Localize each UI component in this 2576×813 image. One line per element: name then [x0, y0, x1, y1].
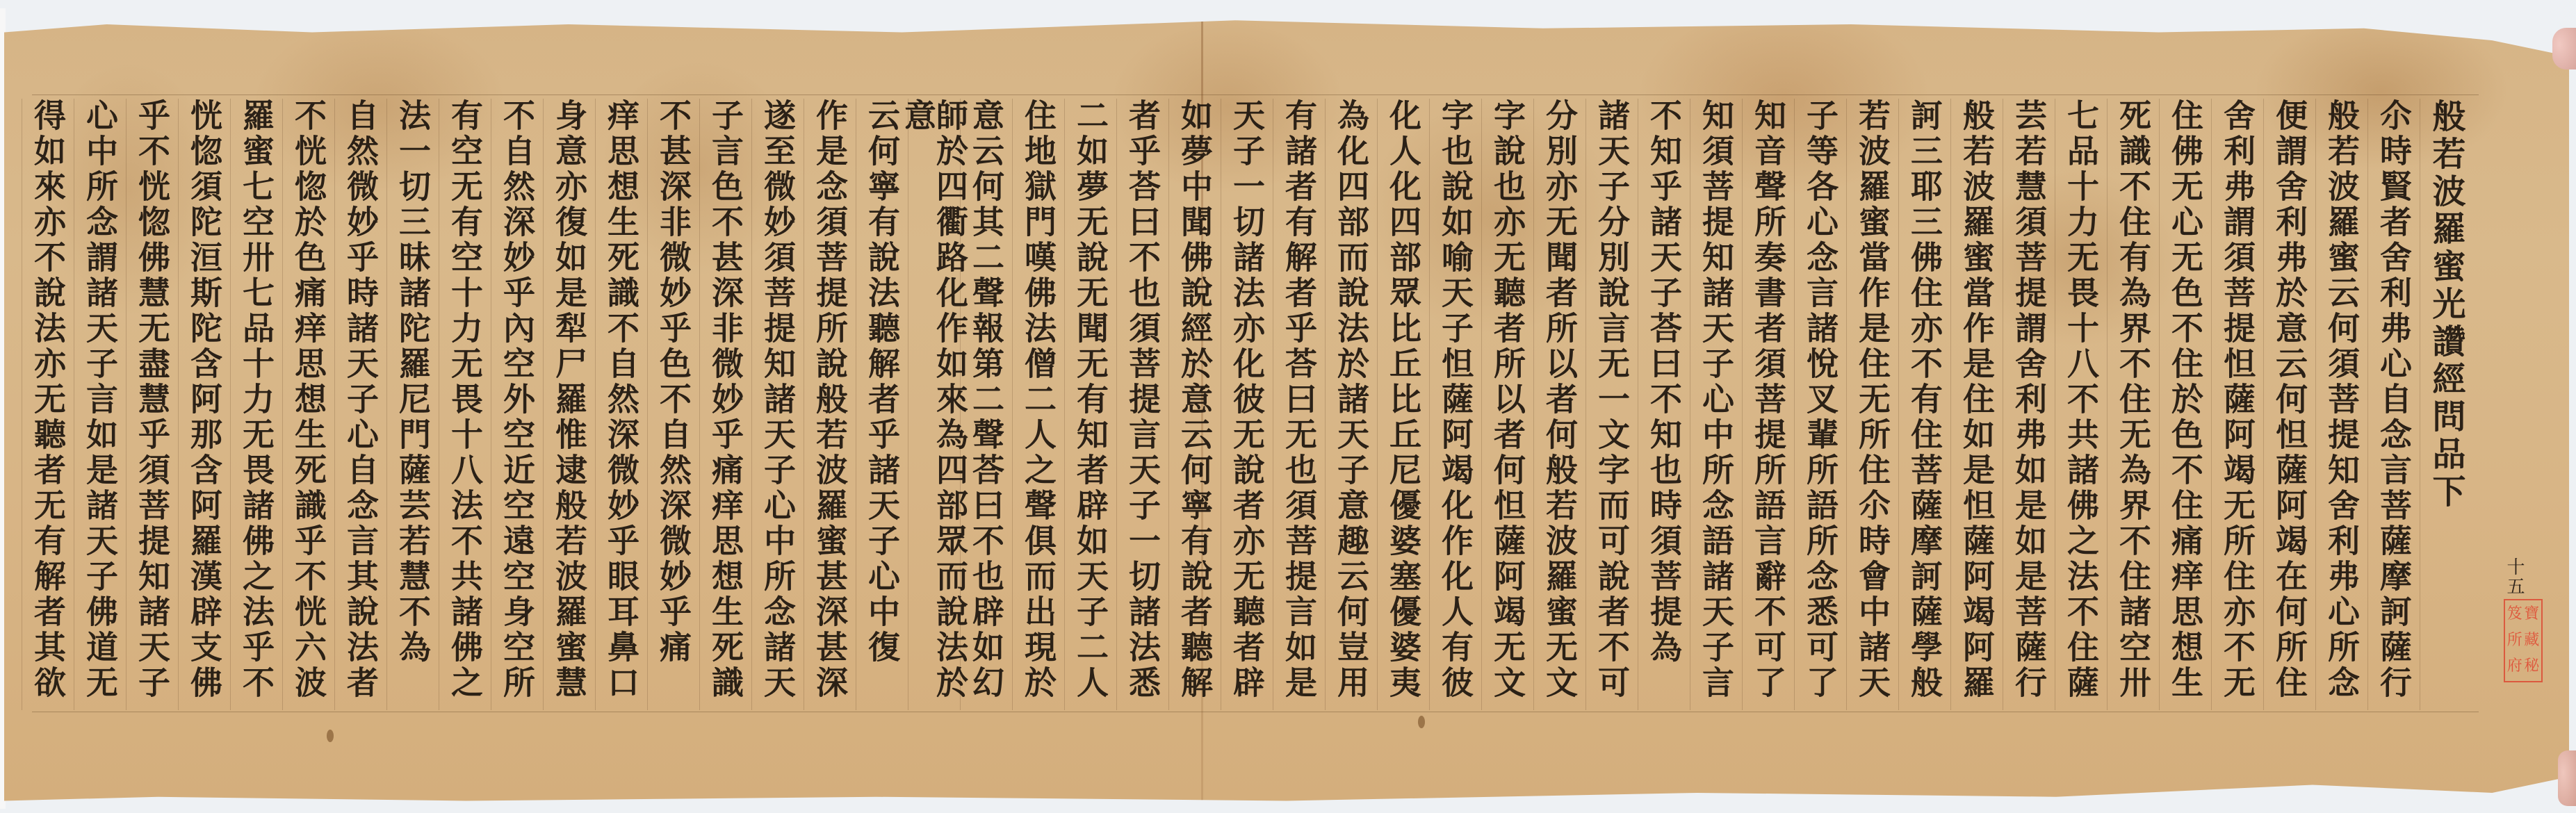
text-column: 訶三耶三佛住亦不有住菩薩摩訶薩學般 [1898, 99, 1950, 710]
folio-number: 十五 [2502, 557, 2527, 596]
text-column: 云何寧有說法聽解者乎諸天子心中復 [856, 99, 908, 710]
column-text: 諸天子分別說言无一文字而可說者不可 [1596, 99, 1628, 710]
ink-spot [327, 730, 334, 742]
red-collector-seal: 寶 笈 藏 所 秘 府 [2504, 599, 2543, 682]
column-text: 遂至微妙須菩提知諸天子心中所念諸天 [762, 99, 794, 710]
text-column: 羅蜜七空卅七品十力无畏諸佛之法乎不 [230, 99, 282, 710]
column-text: 死識不住有為界不住无為界不住諸空卅 [2117, 99, 2149, 710]
text-column: 尒時賢者舍利弗心自念言菩薩摩訶薩行 [2367, 99, 2420, 710]
text-column: 分別亦无聞者所以者何般若波羅蜜无文 [1533, 99, 1585, 710]
text-column: 有空无有空十力无畏十八法不共諸佛之 [439, 99, 491, 710]
text-column: 乎不恍惚佛慧无盡慧乎須菩提知諸天子 [126, 99, 178, 710]
text-column: 身意亦復如是犁尸羅惟逮般若波羅蜜慧 [543, 99, 595, 710]
text-column: 便謂舍利弗於意云何怛薩阿竭在何所住 [2263, 99, 2315, 710]
column-text: 得如來亦不說法亦无聽者无有解者其欲 [32, 99, 64, 710]
text-column: 知音聲所奏書者須菩提所語言辭不可了 [1742, 99, 1794, 710]
seal-char: 笈 [2506, 602, 2523, 627]
seal-char: 寶 [2524, 602, 2541, 627]
column-text: 般若波羅蜜云何須菩提知舍利弗心所念 [2326, 99, 2358, 710]
text-column: 天子一切諸法亦化彼无說者亦无聽者辟 [1221, 99, 1273, 710]
column-text: 七品十力无畏十八不共諸佛之法不住薩 [2065, 99, 2097, 710]
text-column: 般若波羅蜜當作是住如是怛薩阿竭阿羅 [1950, 99, 2003, 710]
column-text: 知音聲所奏書者須菩提所語言辭不可了 [1752, 99, 1784, 710]
column-text: 如夢中聞佛說經於意云何寧有說者聽解 [1179, 99, 1211, 710]
column-text: 子言色不甚深非微妙乎痛痒思想生死識 [710, 99, 742, 710]
text-column: 不自然深妙乎內空外空近空遠空身空所 [491, 99, 543, 710]
text-column: 得如來亦不說法亦无聽者无有解者其欲 [22, 99, 74, 710]
column-text: 芸若慧須菩提謂舍利弗如是如是菩薩行 [2013, 99, 2045, 710]
text-column: 若波羅蜜當作是住无所住尒時會中諸天 [1846, 99, 1898, 710]
text-column: 七品十力无畏十八不共諸佛之法不住薩 [2055, 99, 2107, 710]
manuscript-scroll: 般若波羅蜜光讚經問品下 尒時賢者舍利弗心自念言菩薩摩訶薩行 般若波羅蜜云何須菩提… [4, 8, 2569, 809]
text-column: 為化四部而說法於諸天子意趣云何豈用 [1325, 99, 1377, 710]
ruled-line-bottom [32, 712, 2479, 712]
column-text: 師於四衢路化作如來為四部眾而說法於意 [902, 99, 966, 710]
column-text: 云何寧有說法聽解者乎諸天子心中復 [866, 99, 898, 710]
text-column: 痒思想生死識不自然深微妙乎眼耳鼻口 [595, 99, 647, 710]
text-column: 二如夢无說无聞无有知者辟如天子二人 [1064, 99, 1116, 710]
column-text: 便謂舍利弗於意云何怛薩阿竭在何所住 [2274, 99, 2306, 710]
column-text: 二如夢无說无聞无有知者辟如天子二人 [1075, 99, 1107, 710]
holding-finger [2552, 28, 2576, 69]
text-column: 子言色不甚深非微妙乎痛痒思想生死識 [699, 99, 751, 710]
text-column: 如夢中聞佛說經於意云何寧有說者聽解 [1168, 99, 1221, 710]
ruled-line-top [32, 95, 2479, 95]
ink-spot [1418, 716, 1425, 728]
text-column: 法一切三昧諸陀羅尼門薩芸若慧不為 [386, 99, 439, 710]
column-text: 意云何其二聲報第二聲荅曰不也辟如幻 [970, 99, 1002, 710]
sutra-title-column: 般若波羅蜜光讚經問品下 [2420, 99, 2472, 710]
column-text: 乎不恍惚佛慧无盡慧乎須菩提知諸天子 [136, 99, 168, 710]
column-text: 為化四部而說法於諸天子意趣云何豈用 [1335, 99, 1367, 710]
text-column: 知須菩提知諸天子心中所念語諸天子言 [1690, 99, 1742, 710]
text-column: 作是念須菩提所說般若波羅蜜甚深甚深 [804, 99, 856, 710]
column-text: 子等各心念言諸悅叉輩所語所念悉可了 [1804, 99, 1836, 710]
column-text: 有空无有空十力无畏十八法不共諸佛之 [449, 99, 481, 710]
column-text: 住佛无心无色不住於色不住痛痒思想生 [2169, 99, 2201, 710]
text-column: 師於四衢路化作如來為四部眾而說法於意 [908, 99, 960, 710]
column-text: 身意亦復如是犁尸羅惟逮般若波羅蜜慧 [553, 99, 585, 710]
column-text: 分別亦无聞者所以者何般若波羅蜜无文 [1544, 99, 1576, 710]
column-text: 住地獄門嘆佛法僧二人之聲俱而出現於 [1022, 99, 1054, 710]
column-text: 不自然深妙乎內空外空近空遠空身空所 [501, 99, 533, 710]
seal-char: 所 [2506, 628, 2523, 654]
seal-char: 秘 [2524, 654, 2541, 680]
text-column: 不知乎諸天子荅曰不知也時須菩提為 [1638, 99, 1690, 710]
text-column: 不甚深非微妙乎色不自然深微妙乎痛 [647, 99, 699, 710]
column-text: 舍利弗謂須菩提怛薩阿竭无所住亦不无 [2222, 99, 2253, 710]
text-column: 化人化四部眾比丘比丘尼優婆塞優婆夷 [1377, 99, 1429, 710]
text-column: 不恍惚於色痛痒思想生死識乎不恍六波 [282, 99, 334, 710]
column-text: 化人化四部眾比丘比丘尼優婆塞優婆夷 [1387, 99, 1419, 710]
seal-char: 藏 [2524, 628, 2541, 654]
column-text: 法一切三昧諸陀羅尼門薩芸若慧不為 [397, 99, 429, 710]
text-column: 自然微妙乎時諸天子心自念言其說法者 [334, 99, 386, 710]
column-text: 心中所念謂諸天子言如是諸天子佛道无 [84, 99, 116, 710]
holding-finger [2558, 750, 2576, 806]
column-text: 者乎荅曰不也須菩提言天子一切諸法悉 [1127, 99, 1159, 710]
text-column: 子等各心念言諸悅叉輩所語所念悉可了 [1794, 99, 1846, 710]
text-column: 住佛无心无色不住於色不住痛痒思想生 [2159, 99, 2211, 710]
text-column: 住地獄門嘆佛法僧二人之聲俱而出現於 [1012, 99, 1064, 710]
text-column: 遂至微妙須菩提知諸天子心中所念諸天 [751, 99, 804, 710]
column-text: 羅蜜七空卅七品十力无畏諸佛之法乎不 [241, 99, 272, 710]
text-column: 般若波羅蜜云何須菩提知舍利弗心所念 [2315, 99, 2367, 710]
scroll-viewer: 般若波羅蜜光讚經問品下 尒時賢者舍利弗心自念言菩薩摩訶薩行 般若波羅蜜云何須菩提… [0, 0, 2576, 813]
text-column: 死識不住有為界不住无為界不住諸空卅 [2107, 99, 2159, 710]
column-text: 痒思想生死識不自然深微妙乎眼耳鼻口 [605, 99, 637, 710]
column-text: 自然微妙乎時諸天子心自念言其說法者 [345, 99, 377, 710]
column-text: 若波羅蜜當作是住无所住尒時會中諸天 [1857, 99, 1889, 710]
text-column: 芸若慧須菩提謂舍利弗如是如是菩薩行 [2003, 99, 2055, 710]
column-text: 不恍惚於色痛痒思想生死識乎不恍六波 [293, 99, 325, 710]
column-text: 知須菩提知諸天子心中所念語諸天子言 [1700, 99, 1732, 710]
column-text: 尒時賢者舍利弗心自念言菩薩摩訶薩行 [2378, 99, 2410, 710]
text-column: 恍惚須陀洹斯陀含阿那含阿羅漢辟支佛 [178, 99, 230, 710]
text-column: 者乎荅曰不也須菩提言天子一切諸法悉 [1116, 99, 1168, 710]
column-text: 字也說如喻天子怛薩阿竭化作化人有彼 [1440, 99, 1472, 710]
column-text: 有諸者有解者乎荅曰无也須菩提言如是 [1283, 99, 1315, 710]
text-column: 舍利弗謂須菩提怛薩阿竭无所住亦不无 [2211, 99, 2263, 710]
column-text: 般若波羅蜜當作是住如是怛薩阿竭阿羅 [1961, 99, 1993, 710]
sutra-title: 般若波羅蜜光讚經問品下 [2429, 99, 2463, 710]
text-columns: 般若波羅蜜光讚經問品下 尒時賢者舍利弗心自念言菩薩摩訶薩行 般若波羅蜜云何須菩提… [22, 99, 2472, 710]
seal-char: 府 [2506, 654, 2523, 680]
column-text: 不知乎諸天子荅曰不知也時須菩提為 [1648, 99, 1680, 710]
text-column: 字說也亦无聽者所以者何怛薩阿竭无文 [1481, 99, 1533, 710]
text-column: 字也說如喻天子怛薩阿竭化作化人有彼 [1429, 99, 1481, 710]
column-text: 訶三耶三佛住亦不有住菩薩摩訶薩學般 [1909, 99, 1941, 710]
column-text: 恍惚須陀洹斯陀含阿那含阿羅漢辟支佛 [188, 99, 220, 710]
column-text: 作是念須菩提所說般若波羅蜜甚深甚深 [814, 99, 846, 710]
column-text: 字說也亦无聽者所以者何怛薩阿竭无文 [1492, 99, 1524, 710]
column-text: 天子一切諸法亦化彼无說者亦无聽者辟 [1231, 99, 1263, 710]
text-column: 心中所念謂諸天子言如是諸天子佛道无 [74, 99, 126, 710]
text-column: 諸天子分別說言无一文字而可說者不可 [1585, 99, 1638, 710]
text-column: 有諸者有解者乎荅曰无也須菩提言如是 [1273, 99, 1325, 710]
column-text: 不甚深非微妙乎色不自然深微妙乎痛 [658, 99, 690, 710]
